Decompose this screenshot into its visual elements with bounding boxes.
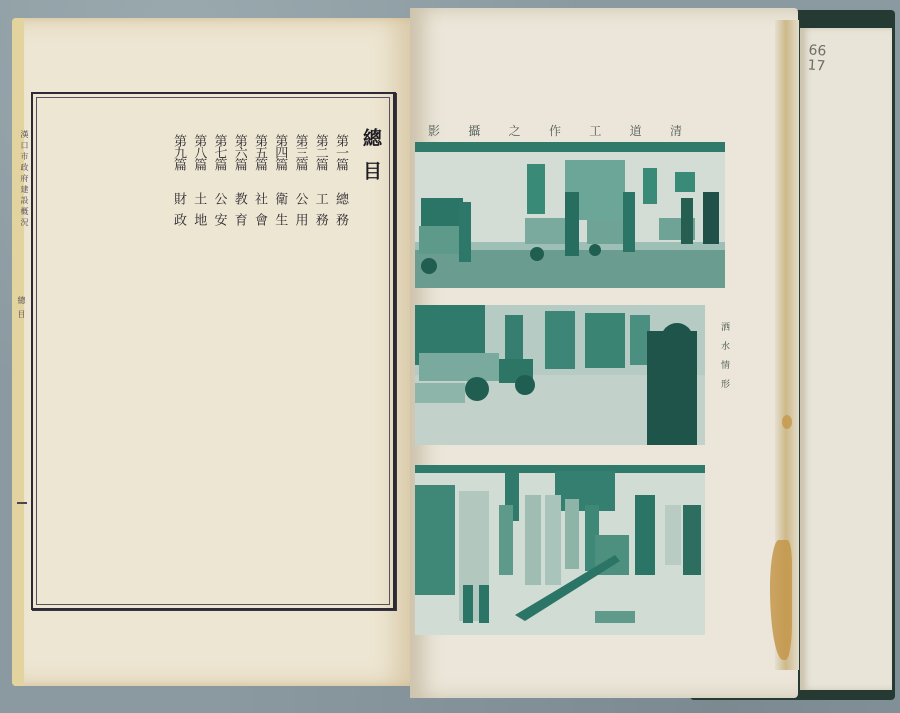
toc-entry[interactable]: 第六篇教育	[231, 134, 247, 254]
photo-image	[415, 465, 705, 635]
photo-caption: 洒水情形	[718, 322, 731, 398]
photo-wheelbarrow-workers[interactable]	[415, 142, 725, 288]
photo-page-title: 清 道 工 作 之 攝 影	[428, 122, 682, 139]
handwritten-note: 66 17	[807, 43, 827, 74]
running-head: 漢口市政府建設概況	[16, 130, 30, 229]
running-section: 總目	[16, 296, 27, 324]
toc-entry[interactable]: 第三篇公用	[292, 134, 308, 254]
toc-entry[interactable]: 第四篇衛生	[271, 134, 287, 254]
photo-image	[415, 142, 725, 288]
photo-street-sprinkler[interactable]	[415, 305, 705, 445]
page-number	[17, 502, 27, 504]
toc-entry[interactable]: 第五篇社會	[251, 134, 267, 254]
photo-street-sweeping[interactable]	[415, 465, 705, 635]
table-of-contents: 第一篇總務 第二篇工務 第三篇公用 第四篇衛生 第五篇社會 第六篇教育 第七篇公…	[170, 134, 348, 254]
page-edge	[12, 18, 24, 686]
toc-entry[interactable]: 第九篇財政	[170, 134, 186, 254]
toc-entry[interactable]: 第二篇工務	[312, 134, 328, 254]
toc-entry[interactable]: 第八篇土地	[190, 134, 206, 254]
toc-title: 總目	[358, 128, 385, 194]
toc-entry[interactable]: 第七篇公安	[211, 134, 227, 254]
toc-entry[interactable]: 第一篇總務	[332, 134, 348, 254]
water-stain	[782, 415, 792, 429]
photo-image	[415, 305, 705, 445]
end-page	[800, 28, 892, 690]
